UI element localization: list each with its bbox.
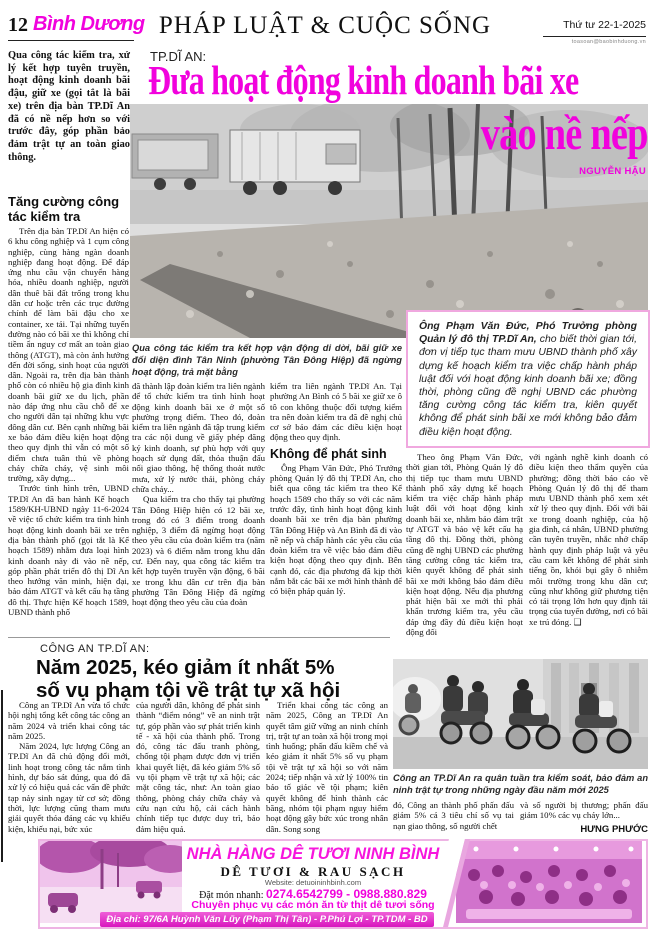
article2-below-left: đó, Công an thành phố phấn đấu giảm 5% c…	[393, 800, 514, 836]
page-number: 12	[8, 14, 28, 37]
official-quote-box: Ông Phạm Văn Đức, Phó Trưởng phòng Quản …	[406, 310, 650, 448]
section-title: PHÁP LUẬT & CUỘC SỐNG	[140, 12, 510, 40]
newspaper-page: 12 Bình Dương PHÁP LUẬT & CUỘC SỐNG Thứ …	[0, 0, 650, 952]
article2-col1-paragraph2: Năm 2024, lực lượng Công an TP.Dĩ An đã …	[8, 741, 130, 834]
ad-website: Website: detuoininhbinh.com	[182, 878, 444, 887]
page-edge-artifact	[1, 690, 3, 862]
article1-col3-paragraph2: Ông Phạm Văn Đức, Phó Trưởng phòng Quản …	[270, 463, 402, 597]
issue-date: Thứ tư 22-1-2025	[540, 19, 646, 31]
article2-kicker: CÔNG AN TP.DĨ AN:	[40, 643, 150, 655]
article1-column1: Trên địa bàn TP.Dĩ An hiện có 6 khu công…	[8, 226, 129, 631]
editor-email: toasoan@baobinhduong.vn	[543, 39, 646, 45]
article1-lede: Qua công tác kiểm tra, xử lý kết hợp tuy…	[8, 50, 130, 190]
police-patrol-photo	[393, 659, 648, 769]
article1-col1-paragraph2: Trước tình hình trên, UBND TP.Dĩ An đã b…	[8, 483, 129, 617]
article2-byline: HƯNG PHƯỚC	[520, 824, 648, 835]
ad-tagline: Chuyên phục vụ các món ăn từ thịt dê tươ…	[182, 899, 444, 911]
logo-underline	[8, 40, 134, 41]
restaurant-ad-banner: NHÀ HÀNG DÊ TƯƠI NINH BÌNH DÊ TƯƠI & RAU…	[38, 839, 648, 929]
quote-text: cho biết thời gian tới, đơn vị tiếp tục …	[419, 334, 637, 437]
article2-col2-paragraph1: của người dân, không để phát sinh thành …	[136, 700, 260, 834]
article1-column5: với ngành nghề kinh doanh có điều kiện t…	[529, 452, 648, 650]
article1-headline-line2: vào nề nếp	[300, 110, 648, 158]
article1-photo-caption: Qua công tác kiểm tra kết hợp vận động d…	[132, 342, 402, 380]
article1-section1-heading: Tăng cường công tác kiểm tra	[8, 194, 130, 224]
article1-headline-line1: Đưa hoạt động kinh doanh bãi xe	[148, 60, 648, 101]
article1-column2: đã thành lập đoàn kiểm tra liên ngành để…	[132, 381, 265, 633]
article2-photo-caption: Công an TP.Dĩ An ra quân tuần tra kiểm s…	[393, 772, 648, 798]
article2-column1: Công an TP.Dĩ An vừa tổ chức hội nghị tổ…	[8, 700, 130, 834]
article1-column4: Theo ông Phạm Văn Đức, thời gian tới, Ph…	[406, 452, 523, 650]
article1-byline: NGUYỄN HẬU	[450, 166, 646, 177]
article2-below-right-text: và số người bị thương; phấn đấu giảm 10%…	[520, 800, 648, 821]
article2-col3-paragraph1: Triển khai công tác công an năm 2025, Cô…	[266, 700, 388, 834]
article2-column3: Triển khai công tác công an năm 2025, Cô…	[266, 700, 388, 834]
ad-right-photo	[456, 841, 642, 923]
article2-below-right: và số người bị thương; phấn đấu giảm 10%…	[520, 800, 648, 824]
article1-col2-paragraph2: Qua kiểm tra cho thấy tại phường Tân Đôn…	[132, 494, 265, 607]
newspaper-logo: Bình Dương	[33, 13, 145, 36]
article2-below-left-text: đó, Công an thành phố phấn đấu giảm 5% c…	[393, 800, 514, 831]
article2-headline: Năm 2025, kéo giảm ít nhất 5% số vụ phạm…	[36, 657, 348, 702]
article1-section2-heading: Không để phát sinh	[270, 447, 402, 461]
article1-col4-paragraph1: Theo ông Phạm Văn Đức, thời gian tới, Ph…	[406, 452, 523, 637]
article2-col1-paragraph1: Công an TP.Dĩ An vừa tổ chức hội nghị tổ…	[8, 700, 130, 741]
date-underline	[543, 36, 646, 37]
ad-title: NHÀ HÀNG DÊ TƯƠI NINH BÌNH	[182, 845, 444, 864]
ad-left-photo	[40, 841, 182, 923]
ad-address-bar: Địa chỉ: 97/6A Huỳnh Văn Lũy (Phạm Thị T…	[100, 912, 434, 927]
article1-col3-paragraph1: kiểm tra liên ngành TP.Dĩ An. Tại phường…	[270, 381, 402, 443]
article2-column2: của người dân, không để phát sinh thành …	[136, 700, 260, 834]
article-separator-rule	[8, 637, 390, 638]
article1-col2-paragraph1: đã thành lập đoàn kiểm tra liên ngành để…	[132, 381, 265, 494]
article1-column3: kiểm tra liên ngành TP.Dĩ An. Tại phường…	[270, 381, 402, 653]
article1-col1-paragraph1: Trên địa bàn TP.Dĩ An hiện có 6 khu công…	[8, 226, 129, 483]
article1-col5-paragraph1: với ngành nghề kinh doanh có điều kiện t…	[529, 452, 648, 627]
